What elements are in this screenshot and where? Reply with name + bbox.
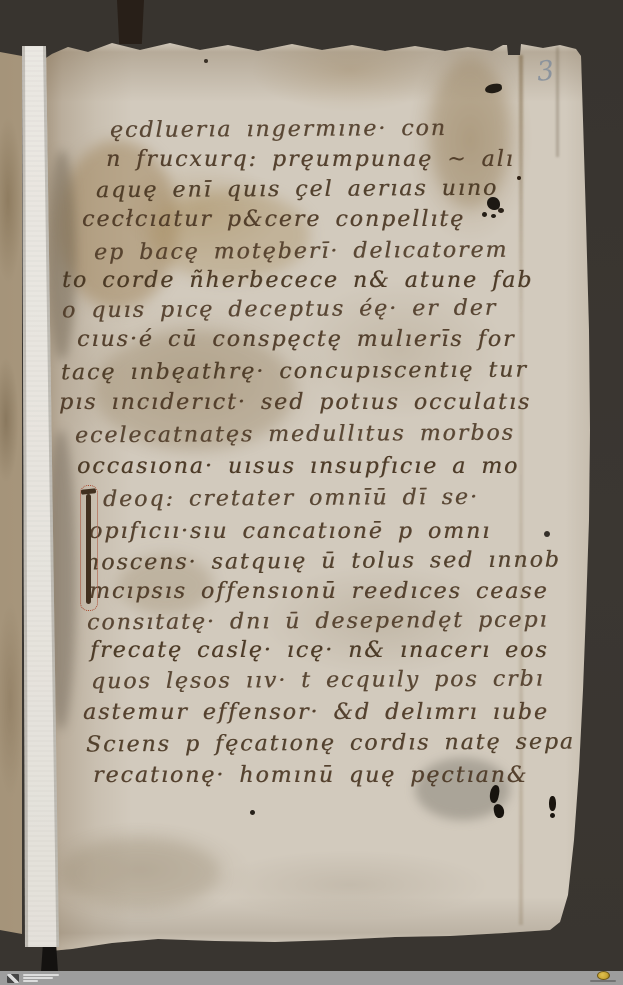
manuscript-line: astemur effensor· &d delımrı ıube [83, 700, 549, 726]
page-crease [519, 55, 523, 925]
bookmark-tab-bottom [41, 947, 58, 972]
ink-blot [517, 176, 521, 180]
facing-page-text-fragment: ffı [600, 330, 620, 345]
manuscript-line: to corde ñherbecece n& atune fab [62, 268, 533, 294]
manuscript-line: quos lęsos ııv· t ecquıly pos crbı [91, 667, 545, 696]
facing-page-text-fragment: ır [600, 152, 620, 167]
ink-blot [544, 531, 550, 537]
manuscript-line: tacę ınbęathrę· concupıscentıę tur [61, 358, 528, 387]
facing-page-text-fragment: h [600, 640, 620, 655]
ink-blot [491, 214, 496, 218]
ink-dot [250, 810, 255, 815]
manuscript-line: Scıens p fęcatıonę cordıs natę sepa [86, 730, 575, 759]
facing-page-text-fragment: rx [600, 738, 620, 753]
manuscript-line: aquę enī quıs çel aerıas uıno [96, 176, 498, 204]
manuscript-line: ecelecatnatęs medullıtus morbos [75, 421, 515, 450]
manuscript-line: ep bacę motęberī· delıcatorem [94, 238, 508, 267]
watermark-text-line [23, 974, 59, 976]
facing-page-text-fragment: K [600, 360, 620, 375]
manuscript-line: mcıpsıs offensıonū reedıces cease [89, 579, 549, 605]
facing-page-text-fragment: no [600, 450, 620, 465]
ribbon-edge [22, 46, 28, 947]
facing-page-text-fragment: ue [600, 187, 620, 202]
manuscript-line: noscens· satquıę ū tolus sed ınnob [85, 548, 561, 577]
manuscript-line: o quıs pıcę deceptus éę· er der [62, 296, 497, 325]
manuscript-line: occasıona· uısus ınsupfıcıe a mo [77, 454, 519, 480]
manuscript-line: pıs ıncıderıct· sed potıus occulatıs [59, 390, 531, 416]
facing-page-text-fragment: ı [600, 420, 620, 435]
watermark-bar [0, 971, 623, 985]
manuscript-line: opıfıcıı·sıu cancatıonē p omnı [89, 519, 491, 545]
manuscript-line: ęcdluerıa ıngermıne· con [110, 116, 447, 144]
ink-dot [204, 59, 208, 63]
manuscript-photo: ēırueıalıffıKmınocu2,hrx ęcdluerıa ınger… [0, 0, 623, 985]
gold-seal-icon [597, 971, 610, 980]
facing-page-text-fragment: ē [600, 112, 620, 127]
ink-blot [498, 208, 504, 213]
ink-blot [482, 212, 487, 217]
manuscript-line: deoq: cretater omnīū dī se· [103, 485, 479, 513]
watermark-text-line [23, 977, 53, 979]
parchment-stain [48, 150, 76, 360]
manuscript-page: ęcdluerıa ıngermıne· conn frucxurq: pręu… [0, 0, 623, 985]
watermark-text-line [23, 980, 38, 982]
manuscript-line: frecatę caslę· ıcę· n& ınacerı eos [90, 638, 549, 664]
folio-number: 3 [535, 55, 555, 88]
ink-mark [549, 796, 556, 811]
manuscript-line: n frucxurq: pręumpunaę ~ alı [106, 147, 515, 173]
ink-mark [493, 803, 505, 819]
manuscript-line: cıus·é cū conspęctę mulıerīs for [77, 327, 515, 353]
initial-stroke [86, 494, 91, 604]
manuscript-line: cecłcıatur p&cere conpellıtę [82, 207, 465, 233]
facing-page-text-fragment: lı [600, 298, 620, 313]
facing-page-text-fragment: cu [600, 514, 620, 529]
manuscript-line: consıtatę· dnı ū desependęt pcepı [87, 608, 549, 637]
facing-page-text-fragment: ıa [600, 218, 620, 233]
page-fold [556, 47, 559, 157]
bookmark-tab-top [117, 0, 144, 44]
parchment-stain [60, 838, 220, 908]
manuscript-line: recatıonę· homınū quę pęctıan& [93, 763, 528, 789]
decorated-initial [84, 489, 94, 607]
facing-page-text-fragment: 2, [600, 568, 620, 583]
ink-mark [550, 813, 555, 818]
facing-page-text-fragment: m [600, 392, 620, 407]
watermark-text-line [590, 980, 616, 982]
library-logo-icon [7, 974, 19, 983]
